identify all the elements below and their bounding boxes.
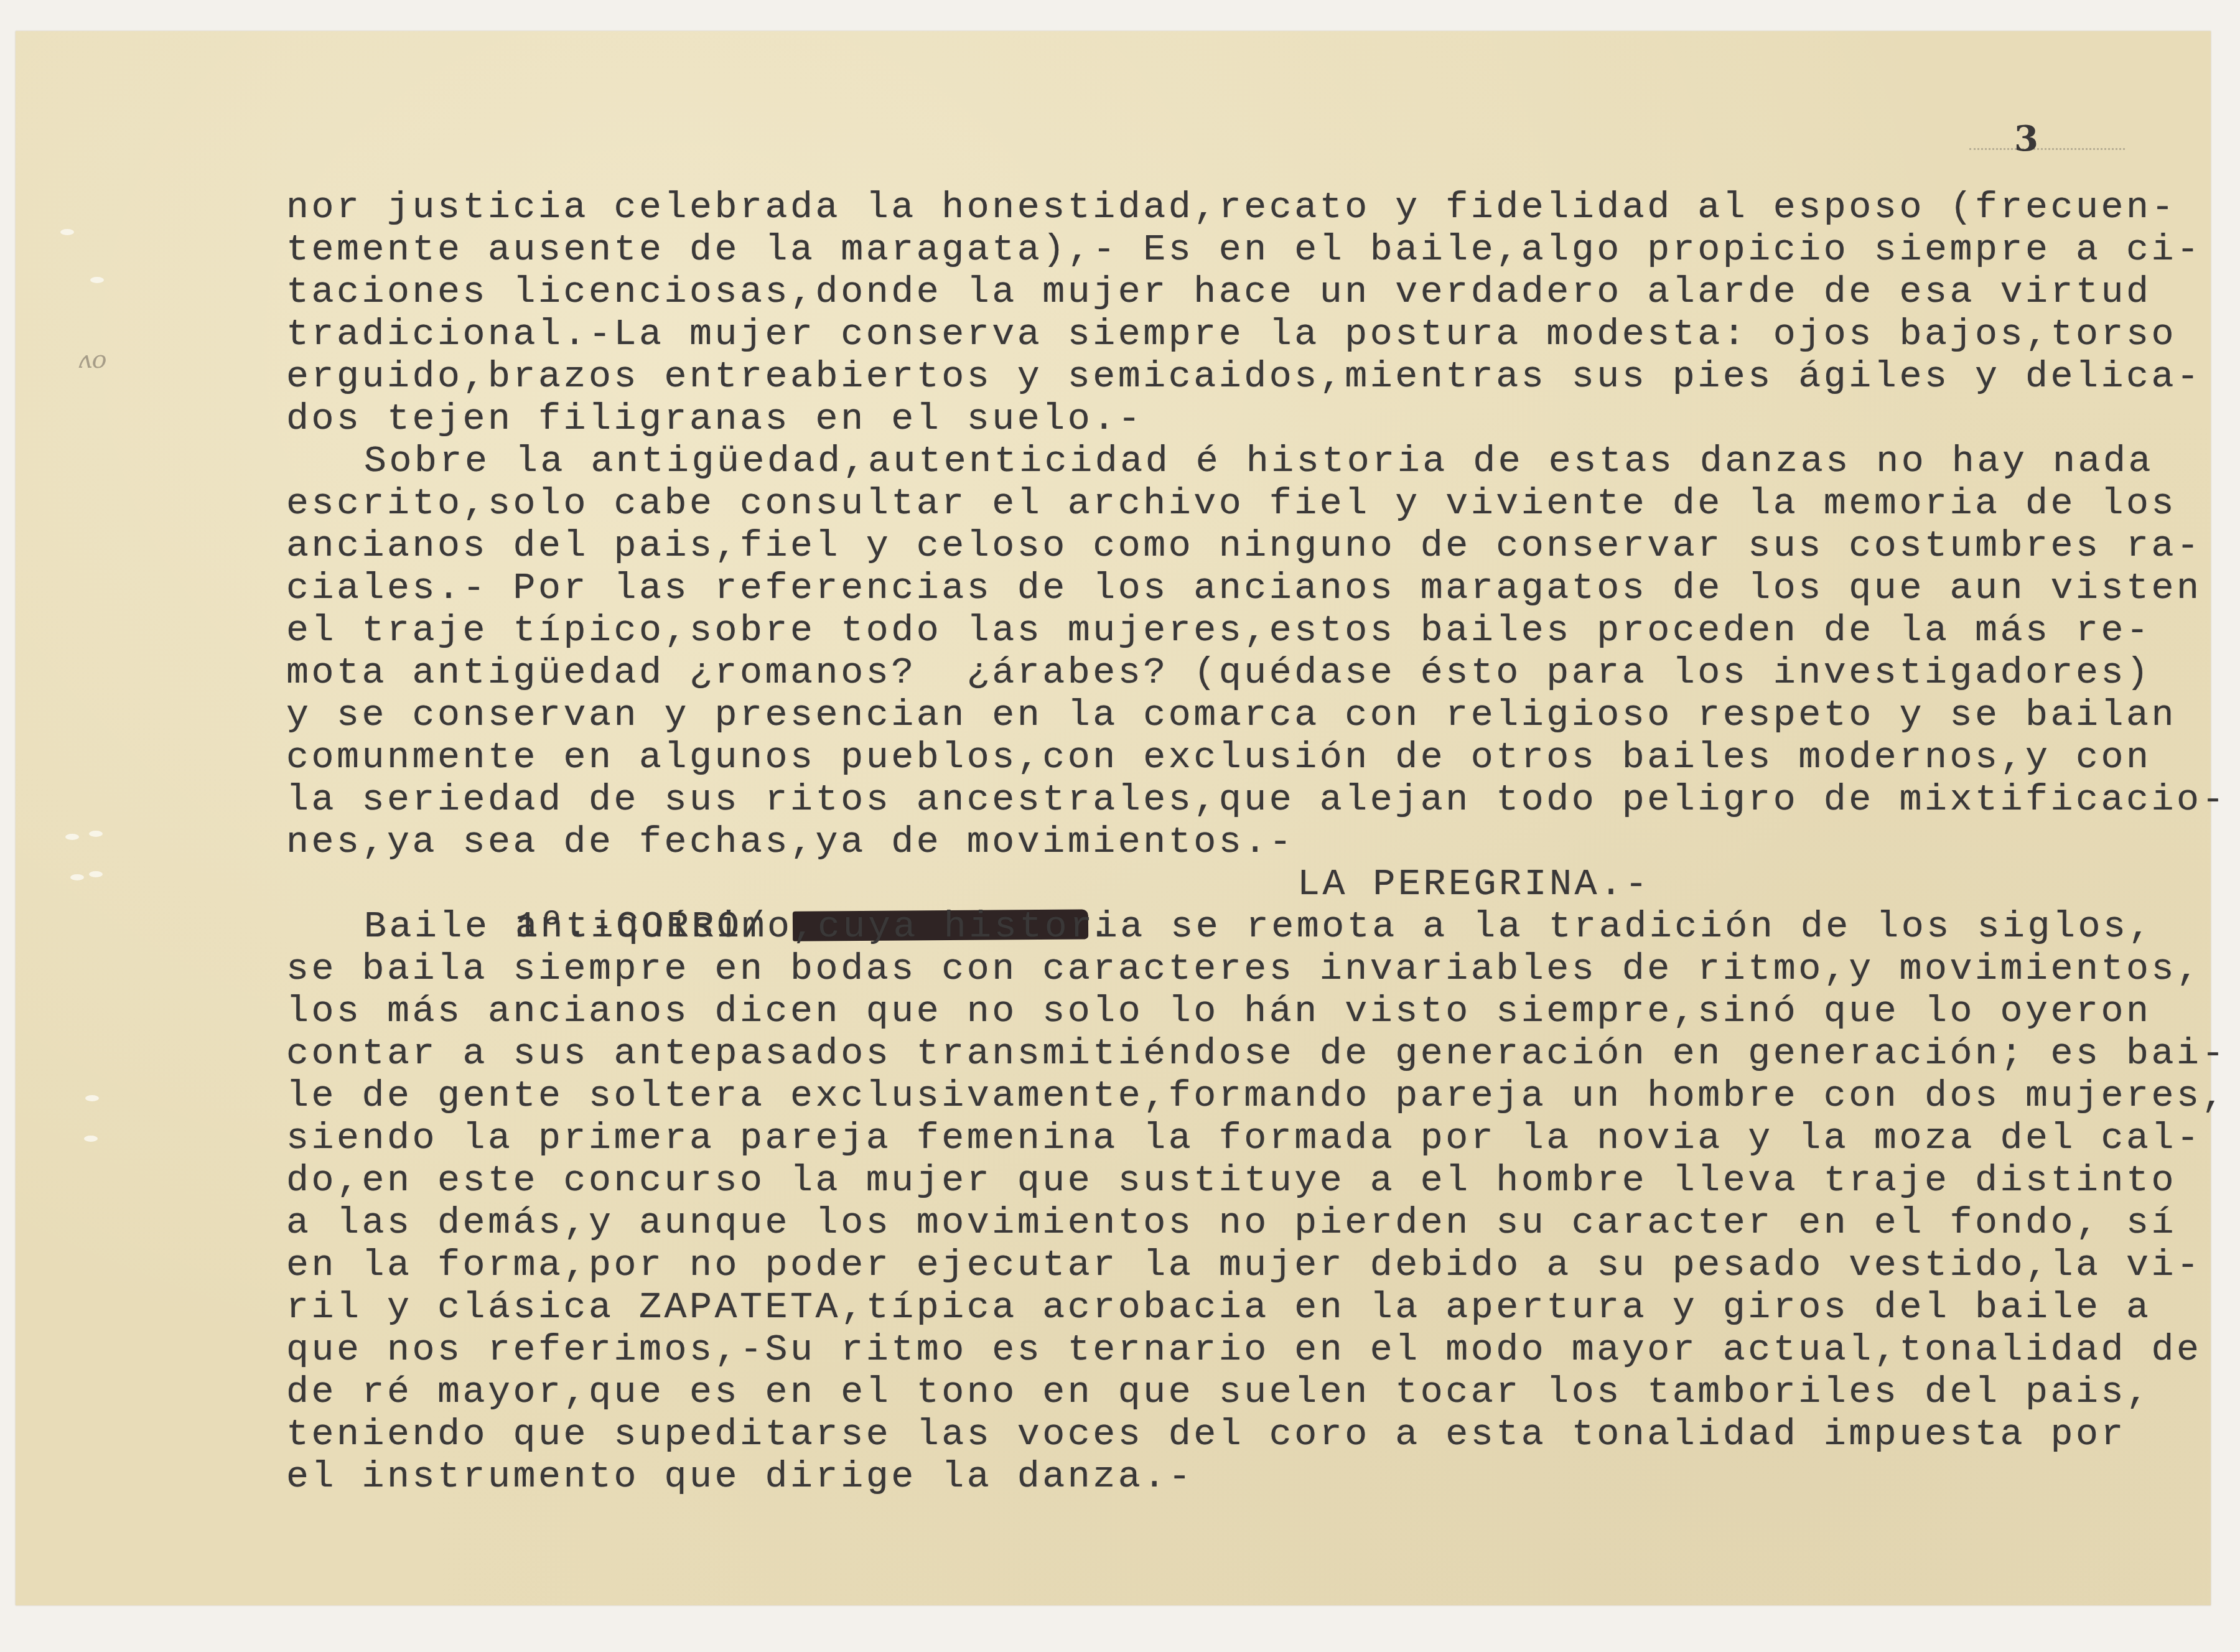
- text-line: que nos referimos,-Su ritmo es ternario …: [286, 1329, 2201, 1371]
- page-number-rule: [1969, 148, 2125, 150]
- punch-hole: [89, 831, 103, 837]
- punch-hole: [84, 1136, 98, 1142]
- text-line: erguido,brazos entreabiertos y semicaido…: [286, 356, 2201, 398]
- punch-hole: [85, 1095, 99, 1101]
- text-line: le de gente soltera exclusivamente,forma…: [286, 1075, 2227, 1118]
- text-line: nor justicia celebrada la honestidad,rec…: [286, 187, 2177, 229]
- text-line: la seriedad de sus ritos ancestrales,que…: [286, 779, 2227, 821]
- pencil-margin-annotation: ʌo: [78, 345, 107, 374]
- section-heading: 1º.-CORRO/ .: [364, 864, 1113, 906]
- section-title: LA PEREGRINA.-: [1297, 864, 1650, 906]
- text-line: el instrumento que dirige la danza.-: [286, 1456, 1193, 1498]
- punch-hole: [89, 871, 103, 877]
- text-line: ril y clásica ZAPATETA,típica acrobacia …: [286, 1287, 2151, 1329]
- text-line: ancianos del pais,fiel y celoso como nin…: [286, 525, 2201, 567]
- text-line: a las demás,y aunque los movimientos no …: [286, 1202, 2177, 1244]
- text-line: se baila siempre en bodas con caracteres…: [286, 948, 2201, 991]
- text-line: taciones licenciosas,donde la mujer hace…: [286, 271, 2151, 314]
- text-line: los más ancianos dicen que no solo lo há…: [286, 991, 2151, 1033]
- text-line: siendo la primera pareja femenina la for…: [286, 1118, 2201, 1160]
- text-line: el traje típico,sobre todo las mujeres,e…: [286, 610, 2151, 652]
- text-line: y se conservan y presencian en la comarc…: [286, 694, 2177, 737]
- text-line: temente ausente de la maragata),- Es en …: [286, 229, 2201, 271]
- text-line: dos tejen filigranas en el suelo.-: [286, 398, 1143, 441]
- page-number: 3: [2014, 118, 2038, 159]
- text-line: mota antigüedad ¿romanos? ¿árabes? (quéd…: [286, 652, 2151, 694]
- punch-hole: [65, 834, 79, 840]
- text-line: tradicional.-La mujer conserva siempre l…: [286, 314, 2177, 356]
- punch-hole: [60, 229, 74, 235]
- punch-hole: [90, 277, 104, 283]
- text-line: Sobre la antigüedad,autenticidad é histo…: [364, 441, 2154, 483]
- typewritten-page: ʌo 3 nor justicia celebrada la honestida…: [16, 31, 2211, 1605]
- text-line: escrito,solo cabe consultar el archivo f…: [286, 483, 2177, 525]
- text-line: de ré mayor,que es en el tono en que sue…: [286, 1371, 2151, 1414]
- text-line: nes,ya sea de fechas,ya de movimientos.-: [286, 821, 1294, 864]
- text-line: do,en este concurso la mujer que sustitu…: [286, 1160, 2177, 1202]
- text-line: Baile antiquísimo,cuya historia se remot…: [364, 906, 2154, 948]
- text-line: comunmente en algunos pueblos,con exclus…: [286, 737, 2151, 779]
- punch-hole: [70, 874, 84, 880]
- text-line: ciales.- Por las referencias de los anci…: [286, 567, 2201, 610]
- text-line: teniendo que supeditarse las voces del c…: [286, 1414, 2126, 1456]
- text-line: en la forma,por no poder ejecutar la muj…: [286, 1244, 2201, 1287]
- text-line: contar a sus antepasados transmitiéndose…: [286, 1033, 2227, 1075]
